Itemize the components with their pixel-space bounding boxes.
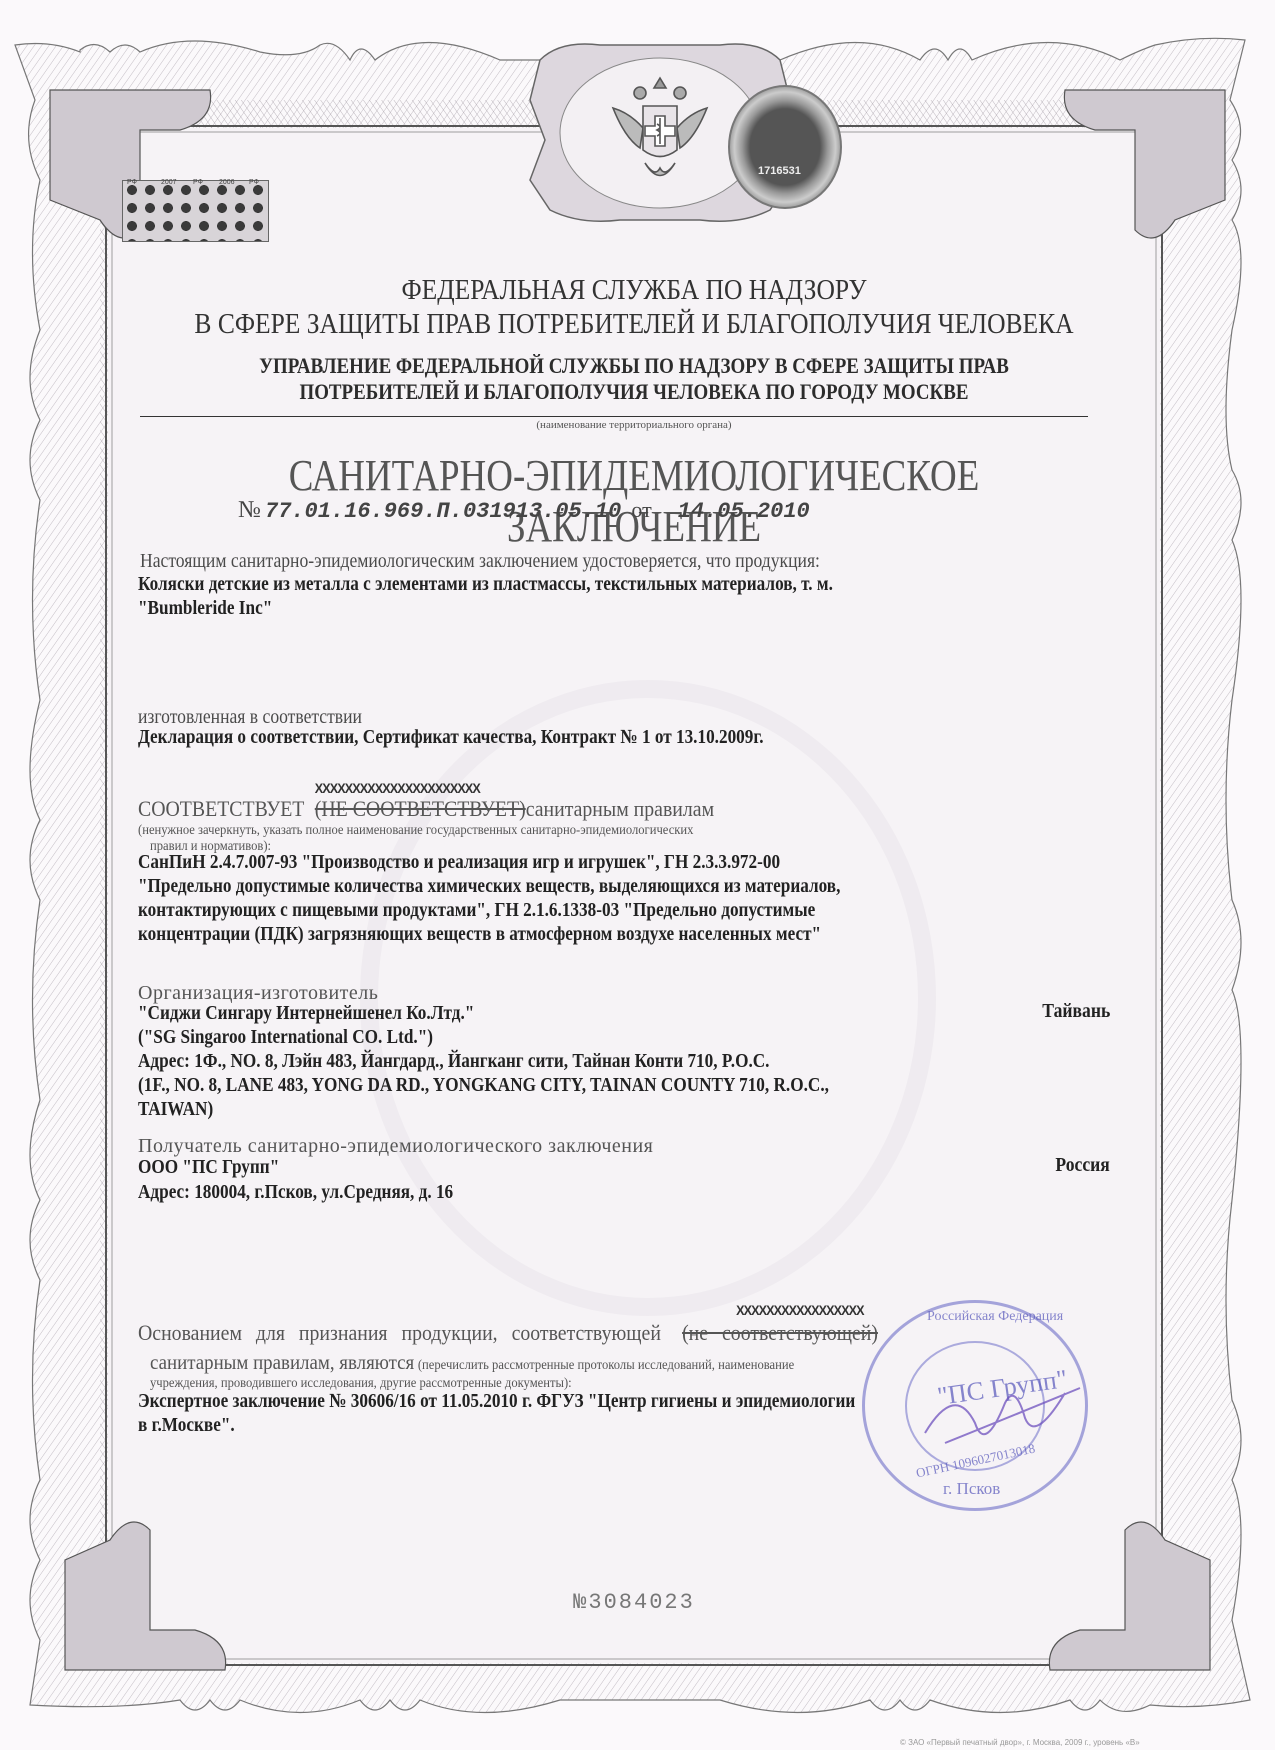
rule-line: контактирующих с пищевыми продуктами", Г…: [138, 899, 815, 922]
double-headed-eagle-emblem-icon: [605, 68, 715, 198]
manufacturer-line: TAIWAN): [138, 1098, 213, 1121]
office-caption: (наименование территориального органа): [108, 419, 1160, 431]
grounds-line2: санитарным правилам, являются (перечисли…: [150, 1350, 794, 1375]
grounds-line2-main: санитарным правилам, являются: [150, 1350, 414, 1374]
number-sign: №: [238, 497, 261, 523]
recipient-label: Получатель санитарно-эпидемиологического…: [138, 1135, 653, 1158]
grounds-value-line2: в г.Москве".: [138, 1414, 235, 1437]
security-strip: РФ 2007 РФ 2006 РФ: [122, 180, 269, 242]
strike-marks: XXXXXXXXXXXXXXXXXXXXXX: [315, 780, 480, 796]
grounds-struck-option: (не соответствующей): [682, 1320, 878, 1345]
document-number: 77.01.16.969.П.031913.05.10: [265, 499, 621, 524]
compliance-note-line1: (ненужное зачеркнуть, указать полное наи…: [138, 823, 693, 839]
grounds-line2-note: (перечислить рассмотренные протоколы исс…: [418, 1358, 794, 1373]
office-divider: [140, 416, 1088, 417]
hologram-seal-icon: 1716531: [728, 85, 842, 209]
rule-line: "Предельно допустимые количества химичес…: [138, 875, 840, 898]
manufacturer-line: Адрес: 1Ф., NO. 8, Лэйн 483, Йангдард., …: [138, 1050, 769, 1073]
hologram-number: 1716531: [758, 165, 801, 177]
manufacturer-line: ("SG Singaroo International CO. Ltd."): [138, 1026, 433, 1049]
grounds-value-line1: Экспертное заключение № 30606/16 от 11.0…: [138, 1390, 855, 1413]
struck-option: (НЕ СООТВЕТСТВУЕТ): [315, 796, 526, 821]
grounds-main: Основанием для признания продукции, соот…: [138, 1320, 661, 1345]
rule-line: СанПиН 2.4.7.007-93 "Производство и реал…: [138, 851, 780, 874]
strip-label: РФ: [127, 179, 137, 186]
recipient-line: Адрес: 180004, г.Псков, ул.Средняя, д. 1…: [138, 1181, 453, 1204]
strip-label: 2007: [161, 179, 177, 186]
basis-value: Декларация о соответствии, Сертификат ка…: [138, 726, 764, 749]
strip-label: РФ: [249, 179, 259, 186]
strike-marks: XXXXXXXXXXXXXXXXX: [736, 1302, 864, 1318]
manufacturer-line: (1F., NO. 8, LANE 483, YONG DA RD., YONG…: [138, 1074, 829, 1097]
strip-label: 2006: [219, 179, 235, 186]
signature-icon: [915, 1363, 1085, 1473]
document-date: 14.05.2010: [678, 499, 810, 524]
product-intro: Настоящим санитарно-эпидемиологическим з…: [140, 550, 820, 573]
printer-footer: © ЗАО «Первый печатный двор», г. Москва,…: [900, 1738, 1140, 1747]
compliance-suffix: санитарным правилам: [526, 796, 714, 821]
date-prefix: от: [631, 497, 651, 522]
form-serial-number: №3084023: [108, 1590, 1160, 1615]
recipient-country: Россия: [1056, 1154, 1110, 1177]
stamp-ring-top: Российская Федерация: [927, 1309, 1063, 1325]
product-line2: "Bumbleride Inc": [138, 597, 272, 620]
compliance-status: СООТВЕТСТВУЕТ: [138, 796, 304, 821]
manufacturer-country: Тайвань: [1042, 1000, 1110, 1023]
strip-label: РФ: [193, 179, 203, 186]
watermark-emblem: [360, 680, 936, 1316]
recipient-line: ООО "ПС Групп": [138, 1156, 279, 1179]
rule-line: концентрации (ПДК) загрязняющих веществ …: [138, 923, 821, 946]
office-name-line1: УПРАВЛЕНИЕ ФЕДЕРАЛЬНОЙ СЛУЖБЫ ПО НАДЗОРУ…: [182, 353, 1087, 379]
organization-stamp: Российская Федерация "ПС Групп" ОГРН 109…: [862, 1300, 1088, 1511]
agency-name-line2: В СФЕРЕ ЗАЩИТЫ ПРАВ ПОТРЕБИТЕЛЕЙ И БЛАГО…: [171, 308, 1097, 341]
stamp-city: г. Псков: [943, 1479, 1000, 1499]
document-number-row: № 77.01.16.969.П.031913.05.10 от 14.05.2…: [238, 497, 810, 524]
product-line1: Коляски детские из металла с элементами …: [138, 573, 833, 596]
office-name-line2: ПОТРЕБИТЕЛЕЙ И БЛАГОПОЛУЧИЯ ЧЕЛОВЕКА ПО …: [182, 379, 1087, 405]
grounds-line1: Основанием для признания продукции, соот…: [138, 1320, 878, 1346]
manufacturer-line: "Сиджи Сингару Интернейшенел Ко.Лтд.": [138, 1002, 474, 1025]
agency-name-line1: ФЕДЕРАЛЬНАЯ СЛУЖБА ПО НАДЗОРУ: [171, 274, 1097, 307]
compliance-row: СООТВЕТСТВУЕТ XXXXXXXXXXXXXXXXXXXXXX (НЕ…: [138, 796, 714, 822]
